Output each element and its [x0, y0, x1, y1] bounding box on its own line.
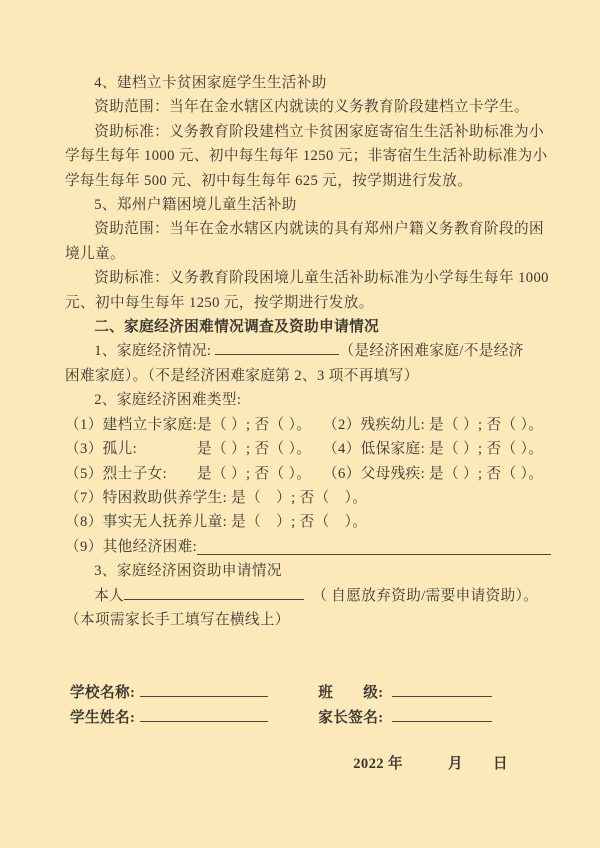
section4-standard-line2: 学每生每年 1000 元、初中每生每年 1250 元；非寄宿生生活补助标准为小: [65, 144, 551, 168]
class-blank: [392, 683, 492, 697]
q1-line2: 困难家庭）。（不是经济困难家庭第 2、3 项不再填写）: [65, 364, 551, 388]
school-name-blank: [140, 683, 268, 697]
q1-line1: 1、家庭经济情况: （是经济困难家庭/不是经济: [65, 339, 551, 363]
q3-applicant-suffix: （ 自愿放弃资助/需要申请资助）。: [312, 588, 538, 604]
q2-item5-label: （5）烈士子女:: [65, 462, 197, 486]
q2-item6-answer: 是（ ）; 否（ ）。: [429, 462, 551, 486]
q1-prefix: 1、家庭经济情况:: [94, 343, 215, 359]
q2-title: 2、家庭经济困难类型:: [65, 388, 551, 412]
other-difficulty-blank: [197, 541, 551, 555]
q2-item3-answer: 是（ ）; 否（ ）。: [197, 437, 323, 461]
footer-row-2: 学生姓名:家长签名:: [70, 706, 552, 731]
part2-heading: 二、家庭经济困难情况调查及资助申请情况: [65, 315, 551, 339]
q2-row-5-6: （5）烈士子女:是（ ）; 否（ ）。（6）父母残疾:是（ ）; 否（ ）。: [65, 462, 551, 486]
q1-suffix: （是经济困难家庭/不是经济: [339, 343, 523, 359]
q3-applicant-line: 本人（ 自愿放弃资助/需要申请资助）。: [65, 584, 551, 608]
class-label: 班 级:: [318, 681, 383, 706]
section5-scope-line2: 境儿童。: [65, 242, 551, 266]
section5-title: 5、郑州户籍困境儿童生活补助: [65, 193, 551, 217]
q2-item9: （9）其他经济困难:: [65, 535, 551, 559]
q2-item2-answer: 是（ ）; 否（ ）。: [429, 413, 551, 437]
footer-row-1: 学校名称:班 级:: [70, 681, 552, 706]
q3-applicant-prefix: 本人: [94, 588, 124, 604]
document-page: 4、建档立卡贫困家庭学生生活补助 资助范围：当年在金水辖区内就读的义务教育阶段建…: [0, 0, 600, 848]
school-name-label: 学校名称:: [70, 681, 135, 706]
q2-item4-label: （4）低保家庭:: [323, 437, 429, 461]
section5-standard-line1: 资助标准：义务教育阶段困境儿童生活补助标准为小学每生每年 1000: [65, 266, 551, 290]
section4-scope: 资助范围：当年在金水辖区内就读的义务教育阶段建档立卡学生。: [65, 95, 551, 119]
date-line: 2022 年 月 日: [70, 752, 552, 777]
family-economy-blank: [215, 341, 339, 355]
q2-row-1-2: （1）建档立卡家庭:是（ ）; 否（ ）。（2）残疾幼儿:是（ ）; 否（ ）。: [65, 413, 551, 437]
applicant-choice-blank: [124, 586, 304, 600]
parent-signature-blank: [392, 708, 492, 722]
q2-row-3-4: （3）孤儿:是（ ）; 否（ ）。（4）低保家庭:是（ ）; 否（ ）。: [65, 437, 551, 461]
q2-item5-answer: 是（ ）; 否（ ）。: [197, 462, 323, 486]
student-name-blank: [140, 708, 268, 722]
q2-item3-label: （3）孤儿:: [65, 437, 197, 461]
q2-item6-label: （6）父母残疾:: [323, 462, 429, 486]
q3-note: （本项需家长手工填写在横线上）: [65, 608, 551, 632]
q2-item2-label: （2）残疾幼儿:: [323, 413, 429, 437]
section4-standard-line3: 学每生每年 500 元、初中每生每年 625 元，按学期进行发放。: [65, 169, 551, 193]
student-name-label: 学生姓名:: [70, 706, 135, 731]
q2-item8: （8）事实无人抚养儿童: 是（ ）; 否（ ）。: [65, 510, 551, 534]
section5-scope-line1: 资助范围：当年在金水辖区内就读的具有郑州户籍义务教育阶段的困: [65, 217, 551, 241]
signature-block: 学校名称:班 级: 学生姓名:家长签名: 2022 年 月 日: [70, 681, 552, 777]
q2-item1-answer: 是（ ）; 否（ ）。: [197, 413, 323, 437]
section4-standard-line1: 资助标准：义务教育阶段建档立卡贫困家庭寄宿生生活补助标准为小: [65, 120, 551, 144]
section4-title: 4、建档立卡贫困家庭学生生活补助: [65, 71, 551, 95]
q3-title: 3、家庭经济困资助申请情况: [65, 559, 551, 583]
q2-item1-label: （1）建档立卡家庭:: [65, 413, 197, 437]
q2-item9-label: （9）其他经济困难:: [65, 535, 197, 559]
section5-standard-line2: 元、初中每生每年 1250 元，按学期进行发放。: [65, 291, 551, 315]
q2-item7: （7）特困救助供养学生: 是（ ）; 否（ ）。: [65, 486, 551, 510]
parent-signature-label: 家长签名:: [318, 706, 383, 731]
q2-item4-answer: 是（ ）; 否（ ）。: [429, 437, 551, 461]
document-body: 4、建档立卡贫困家庭学生生活补助 资助范围：当年在金水辖区内就读的义务教育阶段建…: [65, 71, 551, 632]
